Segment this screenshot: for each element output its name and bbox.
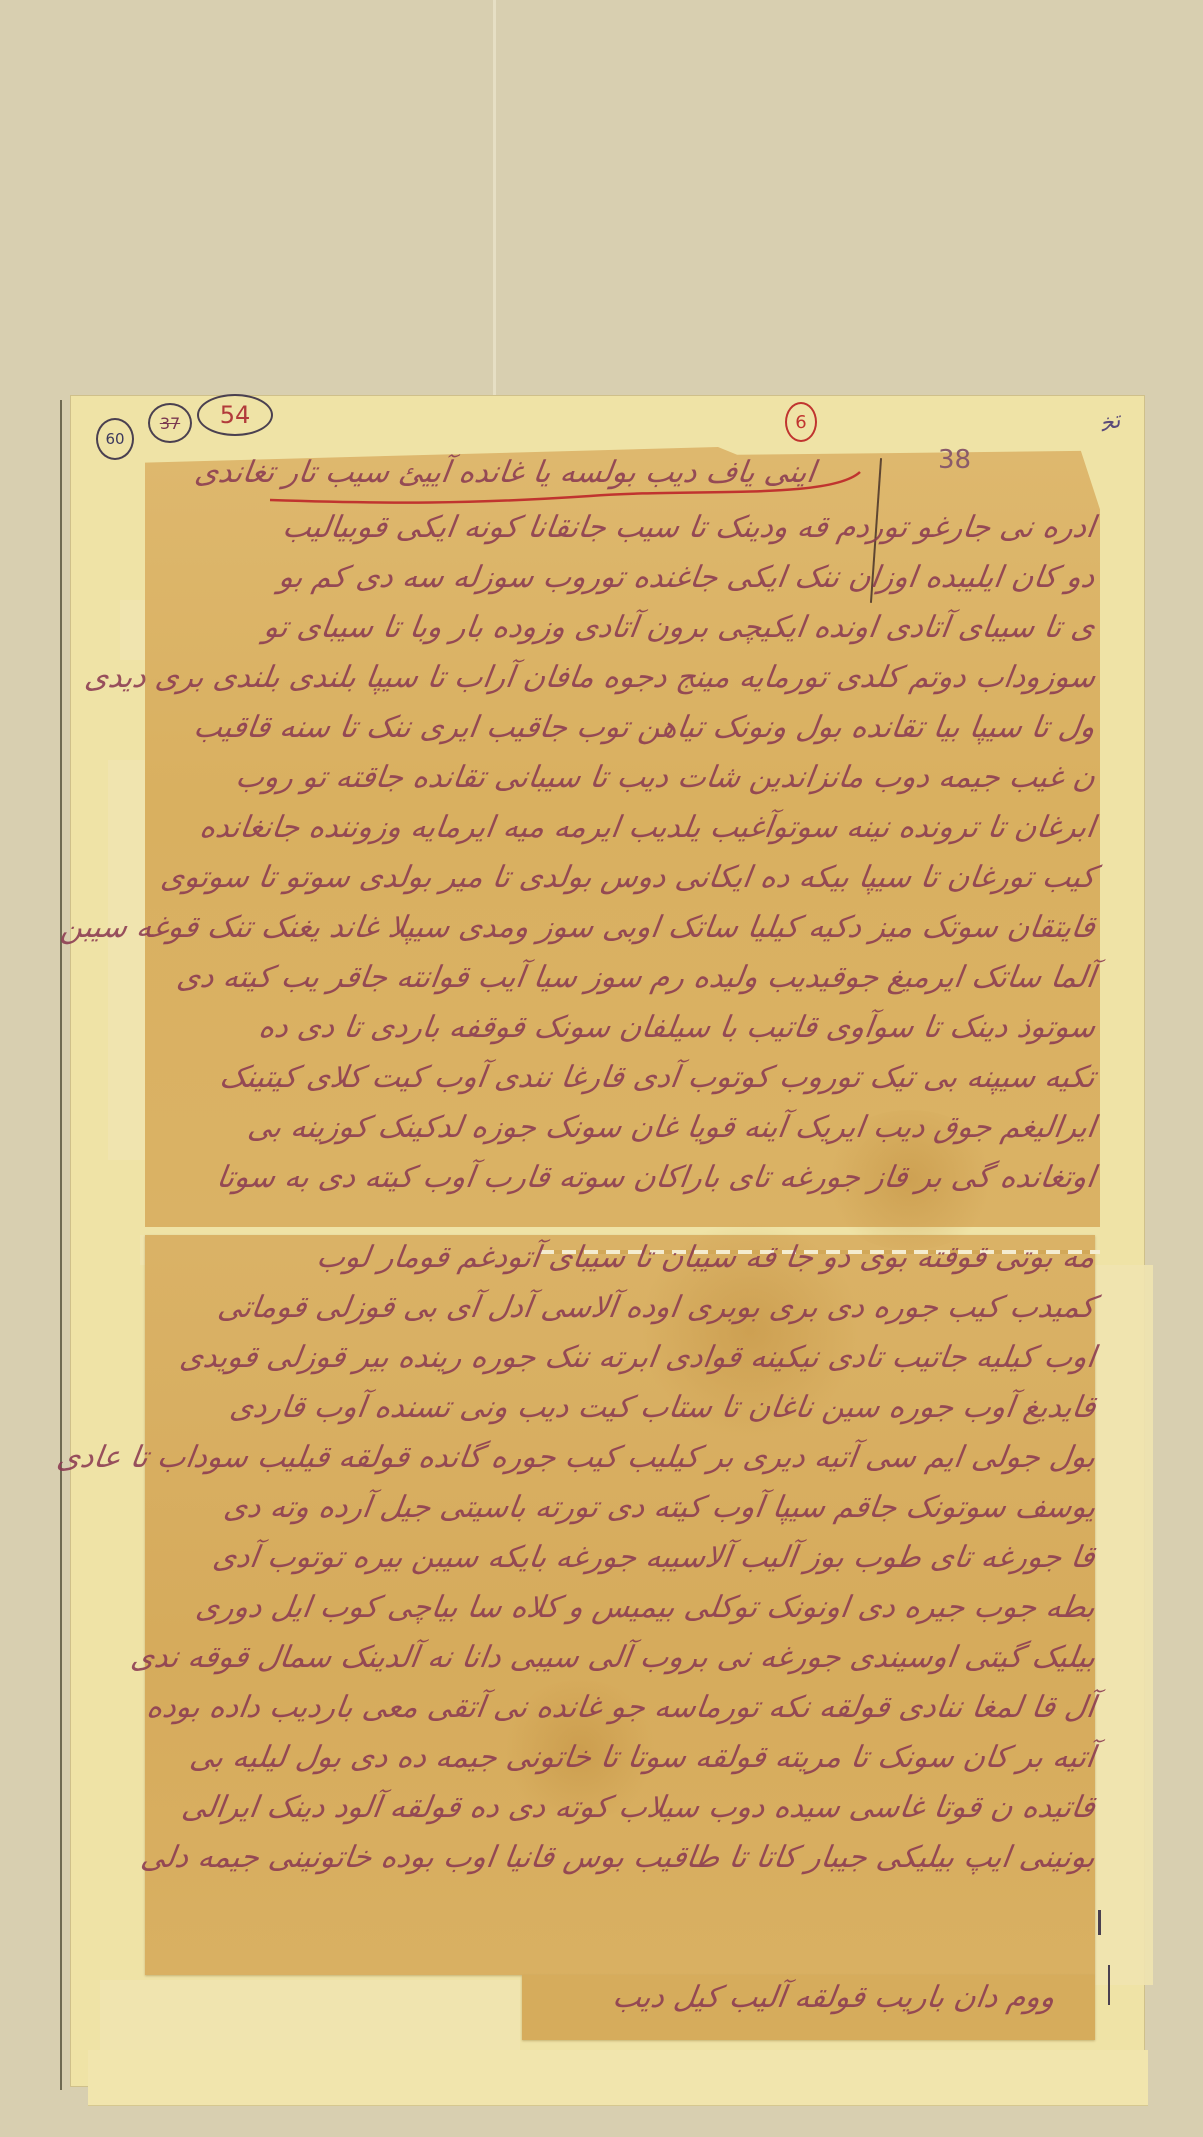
edge-ink-mark	[1098, 1910, 1101, 1935]
lower-leaf-text-block: مه بوتی قوقته بوی دو جا قه سیبان تا سیبا…	[150, 1240, 1095, 2040]
manuscript-line: اینی یاف دیب بولسه یا غانده آییئ سیب تار…	[192, 455, 817, 490]
folio-annotation-37-struck: 37	[148, 403, 192, 443]
manuscript-line: بونینی ایپ بیلیکی جیبار کاتا تا طاقیب بو…	[139, 1840, 1098, 1875]
folio-54-text: 54	[220, 401, 251, 429]
manuscript-line: ول تا سیپا بیا تقانده بول ونونک تیاهن تو…	[192, 710, 1098, 745]
manuscript-line: تکیه سیپنه بی تیک توروب کوتوب آدی قارغا …	[218, 1060, 1098, 1095]
manuscript-line: مه بوتی قوقته بوی دو جا قه سیبان تا سیبا…	[315, 1240, 1098, 1275]
manuscript-line: اوب کیلیه جاتیب تادی نیکینه قوادی ابرته …	[177, 1340, 1097, 1375]
manuscript-line: بول جولی ایم سی آتیه دیری بر کیلیب کیب ج…	[54, 1440, 1097, 1475]
wall-seam	[493, 0, 496, 400]
manuscript-line: قایدیغ آوب جوره سین ناغان تا ستاب کیت دی…	[227, 1390, 1097, 1425]
manuscript-line: کمیدب کیب جوره دی بری بوبری اوده آلاسی آ…	[216, 1290, 1098, 1325]
manuscript-line: قاتیده ن قوتا غاسی سیده دوب سیلاب کوته د…	[180, 1790, 1098, 1825]
manuscript-line: قا جورغه تای طوب بوز آلیب آلاسیبه جورغه …	[211, 1540, 1097, 1575]
manuscript-line: قایتقان سوتک میز دکیه کیلیا ساتک اوبی سو…	[59, 910, 1098, 945]
manuscript-line: سوزوداب دوتم کلدی تورمایه مینج دجوه مافا…	[82, 660, 1097, 695]
manuscript-line: ن غیب جیمه دوب مانزاندین شات دیب تا سیبا…	[233, 760, 1097, 795]
repair-strip	[1093, 1265, 1153, 1985]
mount-left-rule	[60, 400, 62, 2090]
manuscript-line: دو کان ایلیبده اوزان ننک ایکی جاغنده تور…	[277, 560, 1097, 595]
manuscript-line: یوسف سوتونک جاقم سیپا آوب کیته دی تورته …	[221, 1490, 1097, 1525]
manuscript-line: آتیه بر کان سونک تا مریته قولقه سوتا تا …	[188, 1740, 1098, 1775]
manuscript-line: ی تا سیبای آتادی اونده ایکیچی برون آتادی…	[262, 610, 1097, 645]
manuscript-line: ووم دان باریب قولقه آلیب کیل دیب	[611, 1980, 1058, 2015]
manuscript-line: آلما ساتک ایرمیغ جوقیدیب ولیده رم سوز سی…	[175, 960, 1098, 995]
manuscript-line: ایرالیغم جوق دیب ایریک آینه قویا غان سون…	[245, 1110, 1097, 1145]
manuscript-line: بیلیک گیتی اوسیندی جورغه نی بروب آلی سیب…	[128, 1640, 1097, 1675]
manuscript-line: ادره نی جارغو توردم قه ودینک تا سیب جانق…	[281, 510, 1098, 545]
manuscript-line: کیب تورغان تا سیپا بیکه ده ایکانی دوس بو…	[158, 860, 1097, 895]
manuscript-line: بطه جوب جیره دی اونونک توکلی بیمیس و کلا…	[194, 1590, 1098, 1625]
manuscript-line: آل قا لمغا ننادی قولقه نکه تورماسه جو غا…	[145, 1690, 1098, 1725]
folio-37-text: 37	[160, 414, 180, 433]
manuscript-line: ابرغان تا ترونده نینه سوتوآغیب یلدیب ایر…	[198, 810, 1098, 845]
folio-annotation-54: 54	[197, 394, 273, 436]
manuscript-line: سوتوذ دینک تا سوآوی قاتیب با سیلفان سونک…	[256, 1010, 1097, 1045]
folio-60-text: 60	[105, 430, 124, 448]
upper-leaf-text-block: اینی یاف دیب بولسه یا غانده آییئ سیب تار…	[150, 455, 1095, 1225]
edge-ink-mark	[1108, 1965, 1110, 2005]
manuscript-line: اوتغانده گی بر قاز جورغه تای باراکان سوت…	[215, 1160, 1098, 1195]
page-number-annotation: 6	[785, 402, 817, 442]
folio-annotation-60: 60	[96, 418, 134, 460]
page-number-text: 6	[795, 412, 806, 433]
backing-mount-lower-edge	[88, 2050, 1148, 2106]
